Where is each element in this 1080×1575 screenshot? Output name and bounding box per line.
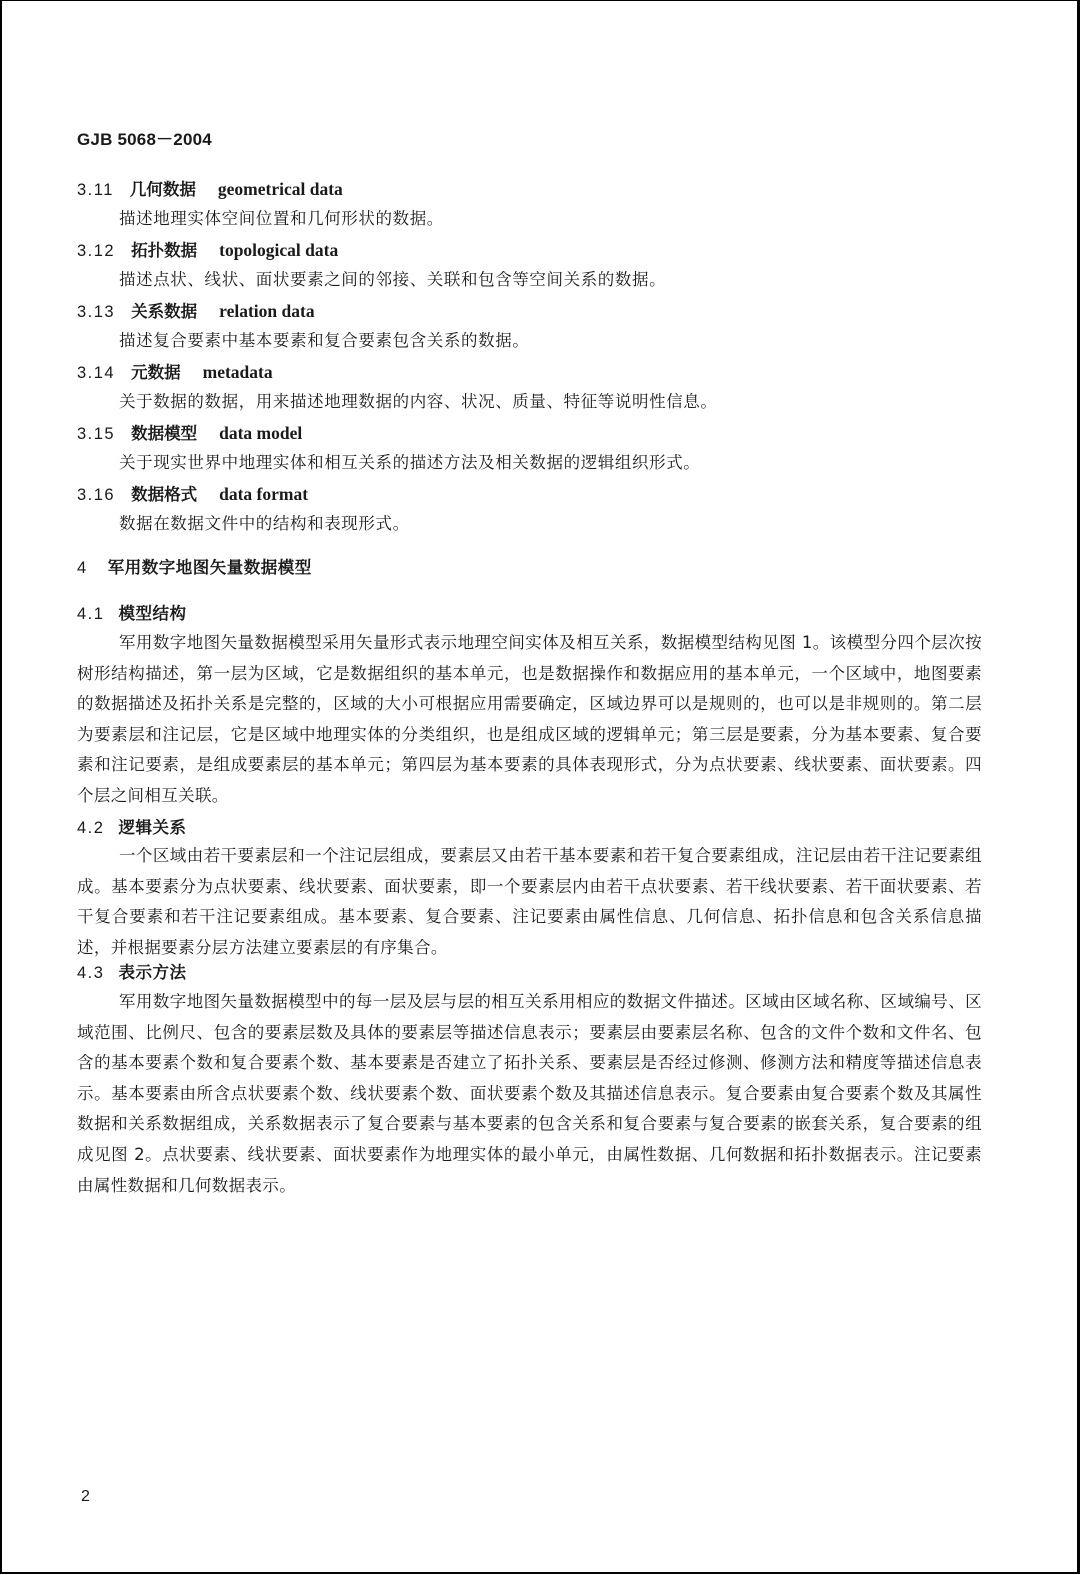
term-heading-3-14: 3.14元数据metadata (77, 361, 273, 384)
section-title: 逻辑关系 (118, 818, 186, 837)
chapter-title: 军用数字地图矢量数据模型 (108, 558, 312, 577)
chapter-heading: 4军用数字地图矢量数据模型 (77, 557, 312, 579)
document-page: GJB 5068－2004 3.11几何数据geometrical data 描… (0, 0, 1080, 1574)
term-english: data model (219, 423, 302, 443)
term-heading-3-12: 3.12拓扑数据topological data (77, 239, 338, 262)
term-english: relation data (219, 301, 314, 321)
term-heading-3-15: 3.15数据模型data model (77, 422, 302, 445)
term-heading-3-16: 3.16数据格式data format (77, 483, 308, 506)
term-english: metadata (203, 362, 273, 382)
term-chinese: 元数据 (131, 363, 181, 382)
term-chinese: 几何数据 (130, 180, 196, 199)
term-chinese: 数据格式 (131, 485, 197, 504)
section-title: 表示方法 (118, 963, 186, 982)
standard-code-header: GJB 5068－2004 (77, 125, 212, 150)
term-english: data format (219, 484, 308, 504)
section-body-4-1: 军用数字地图矢量数据模型采用矢量形式表示地理空间实体及相互关系，数据模型结构见图… (77, 628, 982, 812)
section-body-4-2: 一个区域由若干要素层和一个注记层组成，要素层又由若干基本要素和若干复合要素组成，… (77, 841, 982, 963)
term-number: 3.13 (77, 301, 115, 323)
term-heading-3-13: 3.13关系数据relation data (77, 300, 315, 323)
section-number: 4.3 (77, 962, 104, 984)
section-heading-4-2: 4.2逻辑关系 (77, 817, 186, 839)
term-number: 3.11 (77, 179, 114, 201)
term-english: geometrical data (218, 179, 343, 199)
section-number: 4.1 (77, 603, 104, 625)
term-definition: 关于现实世界中地理实体和相互关系的描述方法及相关数据的逻辑组织形式。 (119, 452, 700, 474)
chapter-number: 4 (77, 557, 88, 579)
page-number: 2 (81, 1488, 90, 1506)
term-definition: 描述点状、线状、面状要素之间的邻接、关联和包含等空间关系的数据。 (119, 269, 666, 291)
section-heading-4-1: 4.1模型结构 (77, 603, 186, 625)
term-heading-3-11: 3.11几何数据geometrical data (77, 178, 343, 201)
term-definition: 关于数据的数据，用来描述地理数据的内容、状况、质量、特征等说明性信息。 (119, 391, 718, 413)
term-chinese: 拓扑数据 (131, 241, 197, 260)
term-chinese: 关系数据 (131, 302, 197, 321)
section-body-4-3: 军用数字地图矢量数据模型中的每一层及层与层的相互关系用相应的数据文件描述。区域由… (77, 987, 982, 1201)
term-number: 3.12 (77, 240, 115, 262)
section-number: 4.2 (77, 817, 104, 839)
section-heading-4-3: 4.3表示方法 (77, 962, 186, 984)
term-number: 3.15 (77, 423, 115, 445)
term-definition: 数据在数据文件中的结构和表现形式。 (119, 513, 410, 535)
term-number: 3.14 (77, 362, 115, 384)
term-definition: 描述地理实体空间位置和几何形状的数据。 (119, 208, 444, 230)
term-english: topological data (219, 240, 338, 260)
section-title: 模型结构 (118, 604, 186, 623)
term-definition: 描述复合要素中基本要素和复合要素包含关系的数据。 (119, 330, 529, 352)
term-number: 3.16 (77, 484, 115, 506)
term-chinese: 数据模型 (131, 424, 197, 443)
